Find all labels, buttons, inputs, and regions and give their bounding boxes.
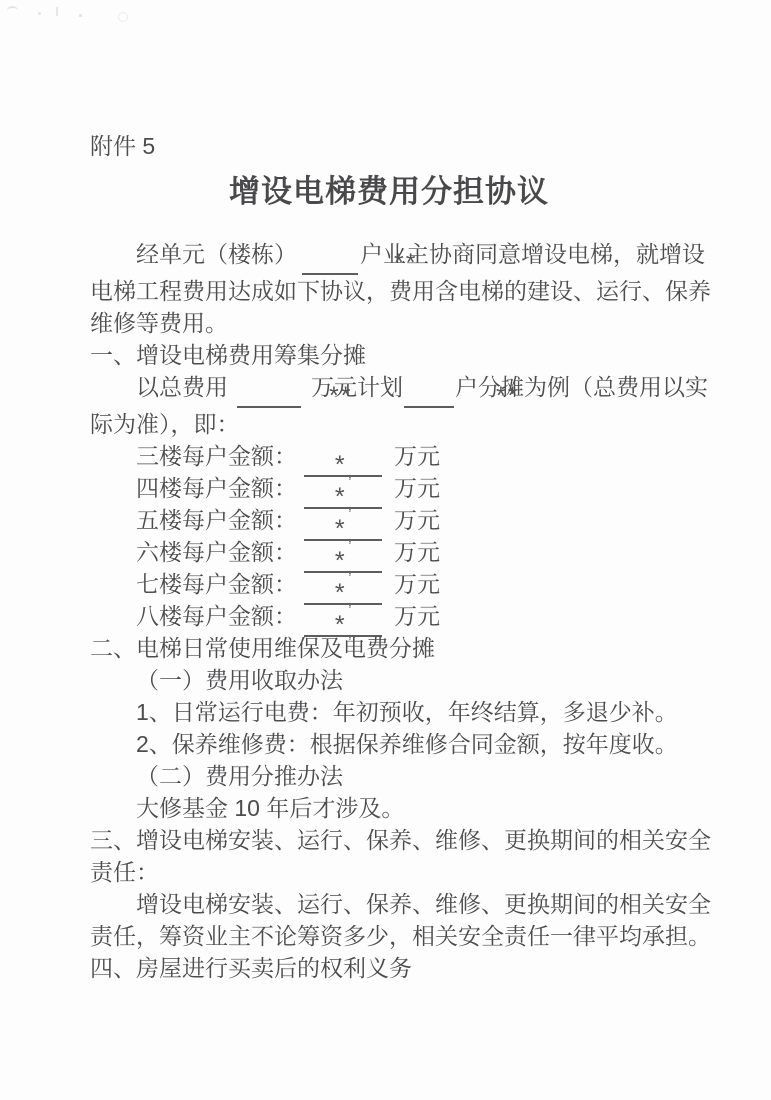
floor-label: 三楼每户金额： xyxy=(136,443,297,469)
households-blank: ** xyxy=(404,380,454,408)
stray-mark: , xyxy=(348,526,352,550)
floor-amount-value: * xyxy=(335,549,347,573)
floor-amount-row-5: 五楼每户金额：*,万元 xyxy=(90,504,718,536)
scan-artifact xyxy=(56,7,58,16)
floor-amount-row-4: 四楼每户金额：*,万元 xyxy=(90,472,718,504)
section-four-heading: 四、房屋进行买卖后的权利义务 xyxy=(90,952,718,984)
section-two-item-two: 2、保养维修费：根据保养维修合同金额，按年度收。 xyxy=(90,728,718,760)
floor-unit: 万元 xyxy=(394,571,440,597)
floor-unit: 万元 xyxy=(394,507,440,533)
intro-paragraph: 经单元（楼栋）**户业主协商同意增设电梯，就增设电梯工程费用达成如下协议，费用含… xyxy=(90,238,718,339)
section-one-heading: 一、增设电梯费用筹集分摊 xyxy=(90,339,718,371)
floor-amount-value: * xyxy=(335,453,347,477)
floor-label: 七楼每户金额： xyxy=(136,571,297,597)
floor-amount-row-7: 七楼每户金额：*,万元 xyxy=(90,568,718,600)
floor-unit: 万元 xyxy=(394,443,440,469)
floor-amount-value: * xyxy=(335,581,347,605)
floor-amount-value: * xyxy=(335,485,347,509)
section-two-sub-one: （一）费用收取办法 xyxy=(90,664,718,696)
floor-amount-row-8: 八楼每户金额：*,万元 xyxy=(90,600,718,632)
unit-number-blank: ** xyxy=(302,247,358,275)
document-title: 增设电梯费用分担协议 xyxy=(90,172,718,212)
section-three-body: 增设电梯安装、运行、保养、维修、更换期间的相关安全责任，筹资业主不论筹资多少，相… xyxy=(90,888,718,952)
section-two-item-one: 1、日常运行电费：年初预收，年终结算，多退少补。 xyxy=(90,696,718,728)
attachment-label: 附件 5 xyxy=(90,0,718,162)
document-body: 附件 5 增设电梯费用分担协议 经单元（楼栋）**户业主协商同意增设电梯，就增设… xyxy=(90,0,718,984)
section-three-heading: 三、增设电梯安装、运行、保养、维修、更换期间的相关安全责任： xyxy=(90,824,718,888)
stray-mark: , xyxy=(348,622,352,646)
intro-text-pre: 经单元（楼栋） xyxy=(136,241,297,267)
section-two-sub-two: （二）费用分推办法 xyxy=(90,760,718,792)
total-cost-blank: ** xyxy=(237,380,301,408)
floor-amount-row-6: 六楼每户金额：*,万元 xyxy=(90,536,718,568)
example-text-pre: 以总费用 xyxy=(136,374,228,400)
stray-mark: , xyxy=(348,462,352,486)
households-value: ** xyxy=(450,384,519,408)
total-cost-value: ** xyxy=(283,384,352,408)
stray-mark: , xyxy=(348,590,352,614)
floor-label: 六楼每户金额： xyxy=(136,539,297,565)
floor-amount-value: * xyxy=(335,517,347,541)
floor-unit: 万元 xyxy=(394,475,440,501)
stray-mark: , xyxy=(348,558,352,582)
scanned-document-page: 附件 5 增设电梯费用分担协议 经单元（楼栋）**户业主协商同意增设电梯，就增设… xyxy=(0,0,771,1100)
floor-label: 八楼每户金额： xyxy=(136,603,297,629)
floor-unit: 万元 xyxy=(394,603,440,629)
major-repair-fund-note: 大修基金 10 年后才涉及。 xyxy=(90,792,718,824)
cost-example-paragraph: 以总费用**万元计划**户分摊为例（总费用以实际为准），即： xyxy=(90,371,718,440)
floor-label: 四楼每户金额： xyxy=(136,475,297,501)
floor-amount-value: * xyxy=(335,613,347,637)
floor-unit: 万元 xyxy=(394,539,440,565)
stray-mark: , xyxy=(348,494,352,518)
section-two-heading: 二、电梯日常使用维保及电费分摊 xyxy=(90,632,718,664)
scan-artifact xyxy=(79,14,82,17)
floor-amount-row-3: 三楼每户金额：*,万元 xyxy=(90,440,718,472)
floor-label: 五楼每户金额： xyxy=(136,507,297,533)
unit-number-value: ** xyxy=(348,251,417,275)
scan-artifact xyxy=(7,6,18,15)
scan-artifact xyxy=(38,12,41,15)
